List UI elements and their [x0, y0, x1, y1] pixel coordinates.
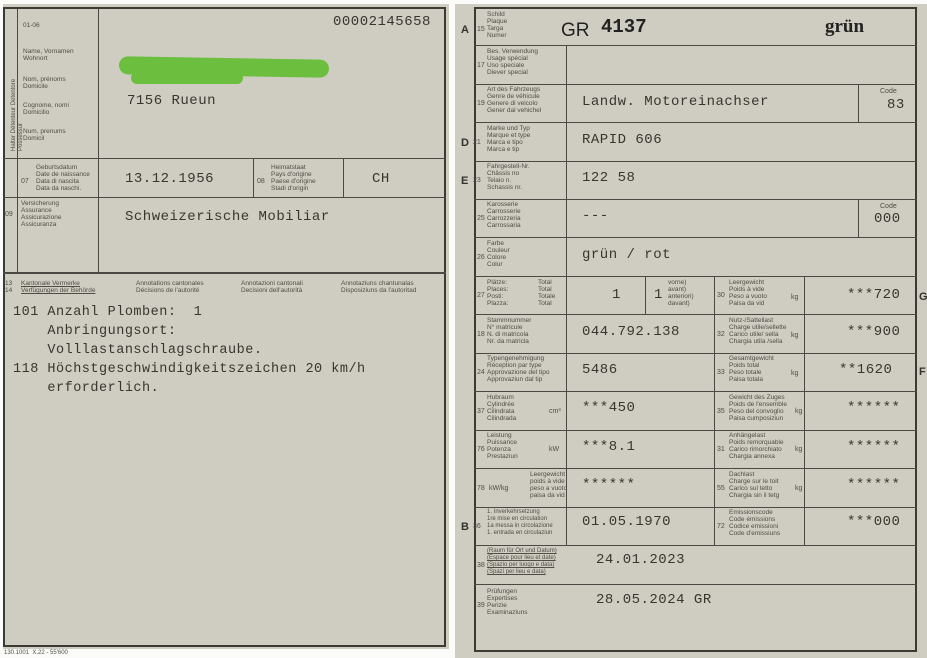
matriculation-value: 044.792.138	[582, 324, 680, 340]
plate-canton: GR	[561, 20, 590, 42]
name-label-de: Name, Vornamen Wohnort	[23, 48, 74, 62]
total-weight-value: **1620	[839, 362, 892, 378]
vehicle-type-value: Landw. Motoreinachser	[582, 94, 769, 110]
name-label-rm: Num, prenums Domicil	[23, 128, 66, 142]
chassis-value: 122 58	[582, 170, 635, 186]
type-approval-value: 5486	[582, 362, 618, 378]
emission-code-value: ***000	[847, 514, 900, 530]
name-label-it: Cognome, nomi Domicilio	[23, 102, 69, 116]
make-value: RAPID 606	[582, 132, 662, 148]
empty-weight-value: ***720	[847, 287, 900, 303]
field-id: 01-06	[23, 22, 40, 29]
origin-label: Heimatstaat Pays d'origine Paese d'origi…	[271, 164, 316, 192]
payload-value: ***900	[847, 324, 900, 340]
footer-code: 130.1001 X.22 - 55'600	[4, 650, 68, 657]
name-label-fr: Nom, prénoms Domicile	[23, 76, 66, 90]
birthdate-label: Geburtsdatum Date de naissance Data di n…	[36, 164, 90, 192]
inspections-value: 28.05.2024 GR	[596, 592, 712, 608]
plate-number: 4137	[601, 16, 647, 38]
holder-address: 7156 Rueun	[127, 93, 216, 109]
origin-value: CH	[372, 171, 390, 187]
registration-card-left: 01-06 00002145658 Halter Détenteur Deten…	[3, 4, 449, 649]
registration-card-right: A 15 Schild Plaque Targa Numer GR 4137 g…	[455, 4, 927, 658]
annotations-header-fr: Annotations cantonales Décisions de l'au…	[136, 280, 204, 294]
insurance-label: Versicherung Assurance Assicurazione Ass…	[21, 200, 61, 228]
annotations-header-it: Annotazioni cantonali Decisioni dell'aut…	[241, 280, 303, 294]
redacted-name-2	[131, 72, 243, 84]
annotations-header-rm: Annotaziuns chantunalas Disposiziuns da …	[341, 280, 416, 294]
place-date-value: 24.01.2023	[596, 552, 685, 568]
body-value: ---	[582, 208, 609, 224]
annotations-text: 101 Anzahl Plomben: 1 Anbringungsort: Vo…	[13, 303, 366, 398]
plate-label: Schild Plaque Targa Numer	[487, 11, 507, 39]
plate-color: grün	[825, 16, 864, 38]
first-registration-value: 01.05.1970	[582, 514, 671, 530]
annotations-header-de: Kantonale Vermerke Verfügungen der Behör…	[21, 280, 95, 294]
insurance-value: Schweizerische Mobiliar	[125, 209, 330, 225]
displacement-value: ***450	[582, 400, 635, 416]
colour-value: grün / rot	[582, 247, 671, 263]
birthdate-value: 13.12.1956	[125, 171, 214, 187]
serial-number: 00002145658	[333, 14, 431, 30]
power-value: ***8.1	[582, 439, 635, 455]
